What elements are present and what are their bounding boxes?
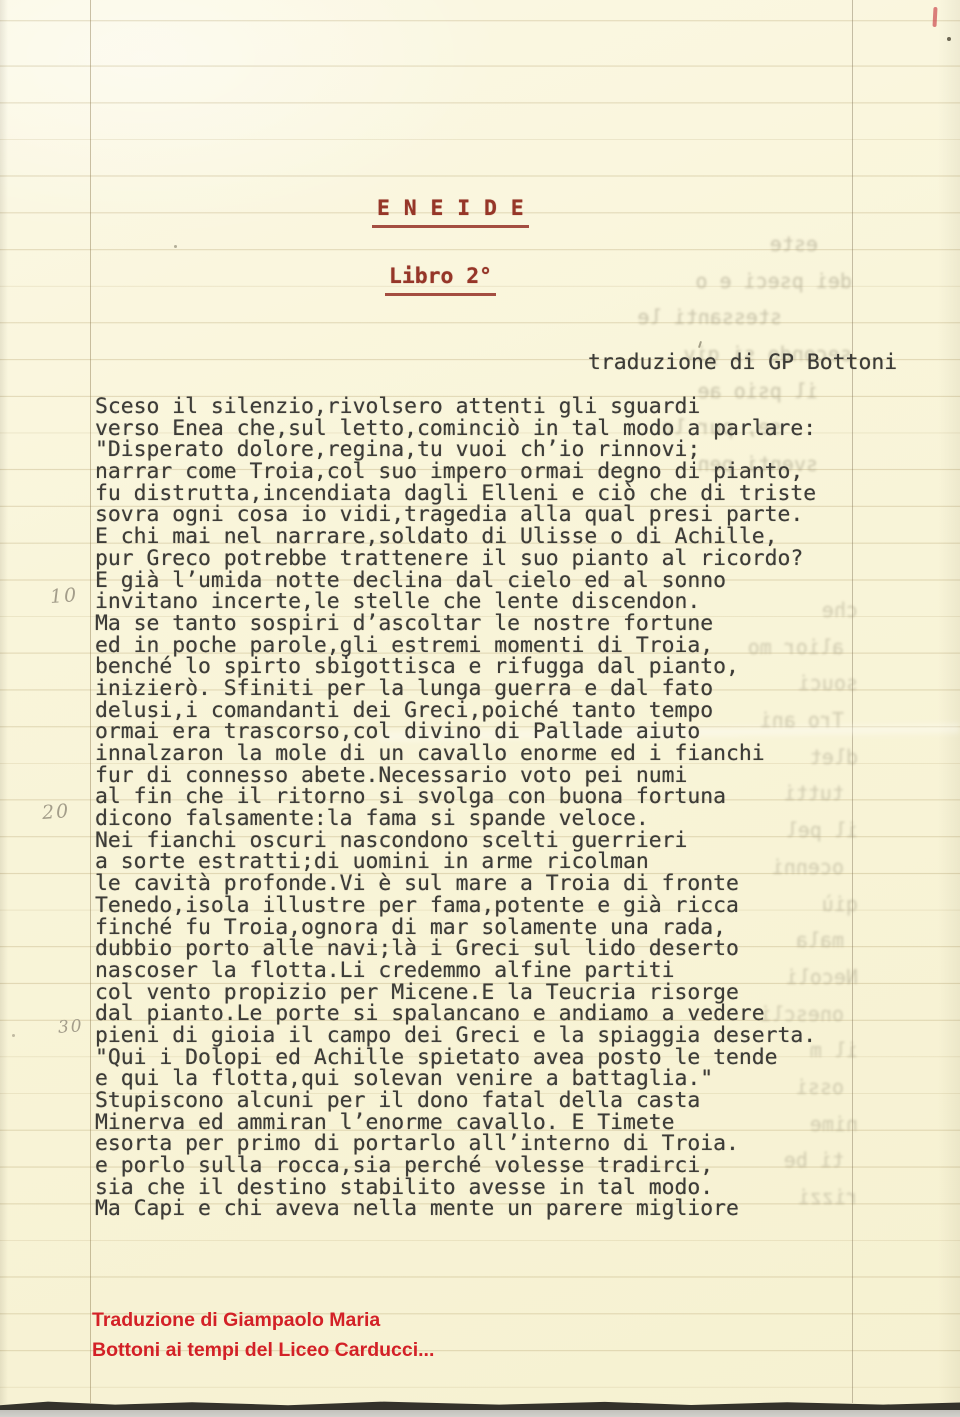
poem-line: Ma se tanto sospiri d’ascoltar le nostre… [95,613,875,635]
poem-line: "Qui i Dolopi ed Achille spietato avea p… [95,1047,875,1069]
poem-line: Ma Capi e chi aveva nella mente un parer… [95,1198,875,1220]
red-caption: Traduzione di Giampaolo Maria Bottoni ai… [92,1305,434,1365]
red-pen-tick [932,7,937,27]
poem-line: ed in poche parole,gli estremi momenti d… [95,635,875,657]
poem-line: delusi,i comandanti dei Greci,poiché tan… [95,700,875,722]
poem-line: nascoser la flotta.Li credemmo alfine pa… [95,960,875,982]
paper-torn-bottom-edge [0,1398,960,1410]
paper-left-edge-shade [0,0,8,1407]
poem-line: ormai era trascorso,col divino di Pallad… [95,721,875,743]
poem-line: finché fu Troia,ognora di mar solamente … [95,917,875,939]
left-margin-rule [90,0,91,1403]
poem-line: e qui la flotta,qui solevan venire a bat… [95,1068,875,1090]
poem-line: fur di connesso abete.Necessario voto pe… [95,765,875,787]
poem-line: le cavità profonde.Vi è sul mare a Troia… [95,873,875,895]
poem-line: Tenedo,isola illustre per fama,potente e… [95,895,875,917]
poem-line: esorta per primo di portarlo all’interno… [95,1133,875,1155]
poem-line: narrar come Troia,col suo impero ormai d… [95,461,875,483]
poem-line: sia che il destino stabilito avesse in t… [95,1177,875,1199]
red-caption-line-1: Traduzione di Giampaolo Maria [92,1305,434,1335]
poem-body: Sceso il silenzio,rivolsero attenti gli … [95,396,875,1220]
poem-line: dubbio porto alle navi;là i Greci sul li… [95,938,875,960]
poem-line: Minerva ed ammiran l’enorme cavallo. E T… [95,1112,875,1134]
paper-speck [698,341,702,348]
poem-line: E già l’umida notte declina dal cielo ed… [95,570,875,592]
poem-line: e porlo sulla rocca,sia perché volesse t… [95,1155,875,1177]
poem-line: Nei fianchi oscuri nascondono scelti gue… [95,830,875,852]
paper-right-edge-shade [938,0,960,1407]
poem-line: E chi mai nel narrare,soldato di Ulisse … [95,526,875,548]
paper-speck [12,1034,15,1037]
document-title: E N E I D E [372,196,529,228]
poem-line: col vento propizio per Micene.E la Teucr… [95,982,875,1004]
red-caption-line-2: Bottoni ai tempi del Liceo Carducci... [92,1335,434,1365]
poem-line: verso Enea che,sul letto,cominciò in tal… [95,418,875,440]
paper-speck [174,245,177,248]
poem-line: dal pianto.Le porte si spalancano e andi… [95,1003,875,1025]
poem-line: fu distrutta,incendiata dagli Elleni e c… [95,483,875,505]
paper-speck [947,37,951,41]
poem-line: a sorte estratti;di uomini in arme ricol… [95,851,875,873]
poem-line: pur Greco potrebbe trattenere il suo pia… [95,548,875,570]
poem-line: Stupiscono alcuni per il dono fatal dell… [95,1090,875,1112]
poem-line: invitano incerte,le stelle che lente dis… [95,591,875,613]
poem-line: Sceso il silenzio,rivolsero attenti gli … [95,396,875,418]
verse-number-30: 30 [57,1016,84,1038]
poem-line: sovra ogni cosa io vidi,tragedia alla qu… [95,504,875,526]
verse-number-20: 20 [41,800,71,824]
poem-line: dicono falsamente:la fama si spande velo… [95,808,875,830]
poem-line: al fin che il ritorno si svolga con buon… [95,786,875,808]
poem-line: inizierò. Sfiniti per la lunga guerra e … [95,678,875,700]
bleedthrough-line: stessanti le [540,305,852,342]
translator-byline: traduzione di GP Bottoni [588,350,897,375]
scanned-typewritten-page: estedei pseci e ostessanti lesecondo si … [0,0,960,1417]
book-subtitle: Libro 2° [385,264,496,296]
poem-line: innalzaron la mole di un cavallo enorme … [95,743,875,765]
verse-number-10: 10 [49,584,79,608]
bleedthrough-line: este [540,232,852,269]
bleedthrough-line: dei pseci e o [540,269,852,306]
poem-line: benché lo spirto sbigottisca e rifugga d… [95,656,875,678]
poem-line: "Disperato dolore,regina,tu vuoi ch’io r… [95,439,875,461]
poem-line: pieni di gioia il campo dei Greci e la s… [95,1025,875,1047]
